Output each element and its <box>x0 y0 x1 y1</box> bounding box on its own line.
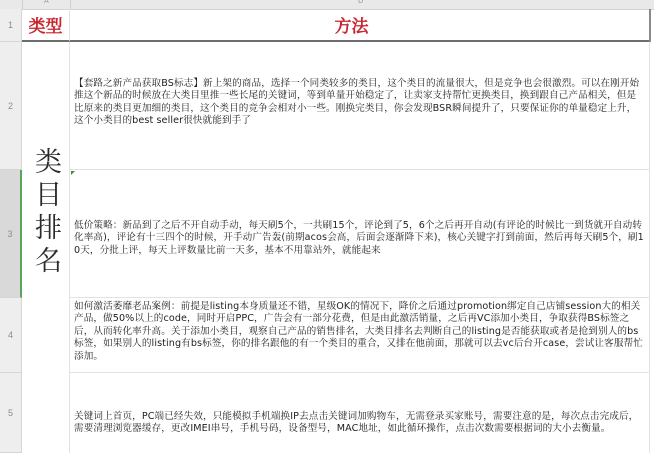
row-header-1[interactable]: 1 <box>0 9 22 42</box>
header-type-label: 类型 <box>29 12 63 37</box>
method-cell-row-3[interactable]: 低价策略：新品到了之后不开自动手动，每天刷5个，一共刷15个，评论到了5，6个之… <box>70 170 650 298</box>
column-divider[interactable] <box>70 0 71 9</box>
method-cell-row-2[interactable]: 【套路之新产品获取BS标志】新上架的商品，选择一个同类较多的类目，这个类目的流量… <box>70 42 650 170</box>
method-text-row-4: 如何激活萎靡老品案例：前提是listing本身质量还不错，星级OK的情况下，降价… <box>74 301 645 363</box>
column-header-d[interactable]: D <box>358 0 363 5</box>
column-divider[interactable] <box>22 0 23 9</box>
row-header-2[interactable]: 2 <box>0 42 22 170</box>
method-text-row-2: 【套路之新产品获取BS标志】新上架的商品，选择一个同类较多的类目，这个类目的流量… <box>74 78 645 128</box>
right-border <box>649 9 651 42</box>
header-cell-type[interactable]: 类型 <box>22 9 70 42</box>
method-text-row-5: 关键词上首页，PC端已经失效，只能模拟手机端换IP去点击关键词加购物车，无需登录… <box>74 411 645 436</box>
category-label: 类目排名 <box>32 147 59 279</box>
header-cell-method[interactable]: 方法 <box>70 9 650 42</box>
header-method-label: 方法 <box>335 12 369 37</box>
row-header-3-selected[interactable]: 3 <box>0 170 22 298</box>
column-header-a[interactable]: A <box>44 0 49 5</box>
comment-marker-icon <box>71 171 75 175</box>
row-header-4[interactable]: 4 <box>0 298 22 373</box>
method-text-row-3: 低价策略：新品到了之后不开自动手动，每天刷5个，一共刷15个，评论到了5，6个之… <box>74 220 645 257</box>
method-cell-row-4[interactable]: 如何激活萎靡老品案例：前提是listing本身质量还不错，星级OK的情况下，降价… <box>70 298 650 373</box>
row-header-5[interactable]: 5 <box>0 373 22 453</box>
merged-category-cell[interactable]: 类目排名 <box>22 42 70 453</box>
method-cell-row-5[interactable]: 关键词上首页，PC端已经失效，只能模拟手机端换IP去点击关键词加购物车，无需登录… <box>70 373 650 453</box>
